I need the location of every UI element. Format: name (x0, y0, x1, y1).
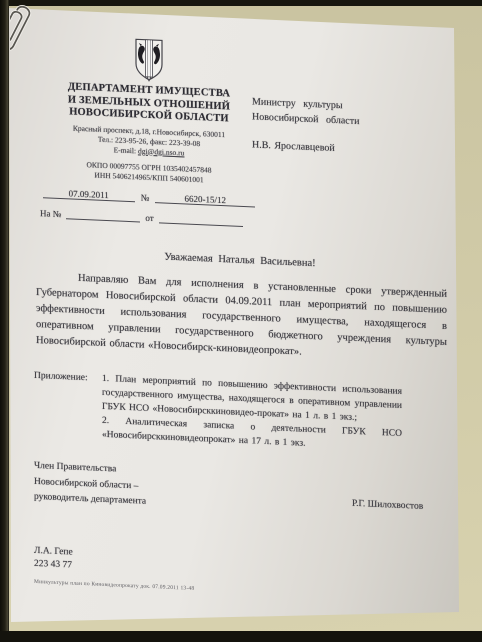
attachments-block: Приложение: 1. План мероприятий по повыш… (34, 369, 402, 455)
photo-frame-strip-bottom (0, 631, 482, 642)
novosibirsk-coat-of-arms-icon (134, 37, 164, 82)
date-number-row: 07.09.2011 № 6620-15/12 (32, 186, 266, 207)
letter-content: ДЕПАРТАМЕНТ ИМУЩЕСТВА И ЗЕМЕЛЬНЫХ ОТНОШЕ… (14, 8, 454, 639)
signature-block: Член Правительства Новосибирской области… (34, 459, 444, 523)
signer-name: Р.Г. Шилохвостов (352, 497, 423, 516)
reference-row: На № от (32, 207, 266, 227)
letter-paper: ДЕПАРТАМЕНТ ИМУЩЕСТВА И ЗЕМЕЛЬНЫХ ОТНОШЕ… (6, 0, 462, 632)
number-sign: № (141, 192, 150, 202)
addressee-name: Н.В. Ярославцевой (252, 137, 359, 157)
executor-phone: 223 43 77 (34, 558, 73, 573)
photo-frame-strip-left (0, 0, 9, 642)
body-paragraph: Направляю Вам для исполнения в установле… (36, 269, 447, 367)
ref-number-blank (66, 218, 140, 222)
salutation: Уважаемая Наталья Васильевна! (34, 246, 446, 275)
ref-label: На № (40, 208, 61, 219)
addressee-block: Министру культуры Новосибирской области … (252, 94, 359, 157)
email-label: E-mail: (114, 145, 137, 155)
letter-date: 07.09.2011 (43, 187, 135, 202)
attachments-list: 1. План мероприятий по повышению эффекти… (102, 372, 402, 455)
ref-from-label: от (145, 212, 153, 222)
org-name: ДЕПАРТАМЕНТ ИМУЩЕСТВА И ЗЕМЕЛЬНЫХ ОТНОШЕ… (32, 80, 266, 128)
email-address: dgi@dgi.nso.ru (138, 146, 185, 157)
paperclip-icon (10, 0, 80, 72)
ref-date-blank (159, 222, 243, 227)
file-imprint-line: Минкультуры план по Киновидеопрокату док… (34, 579, 194, 592)
executor-block: Л.А. Гепе 223 43 77 (34, 545, 73, 573)
org-address: Красный проспект, д.18, г.Новосибирск, 6… (32, 121, 266, 161)
attachments-label: Приложение: (34, 369, 102, 442)
letter-number: 6620-15/12 (155, 192, 255, 207)
